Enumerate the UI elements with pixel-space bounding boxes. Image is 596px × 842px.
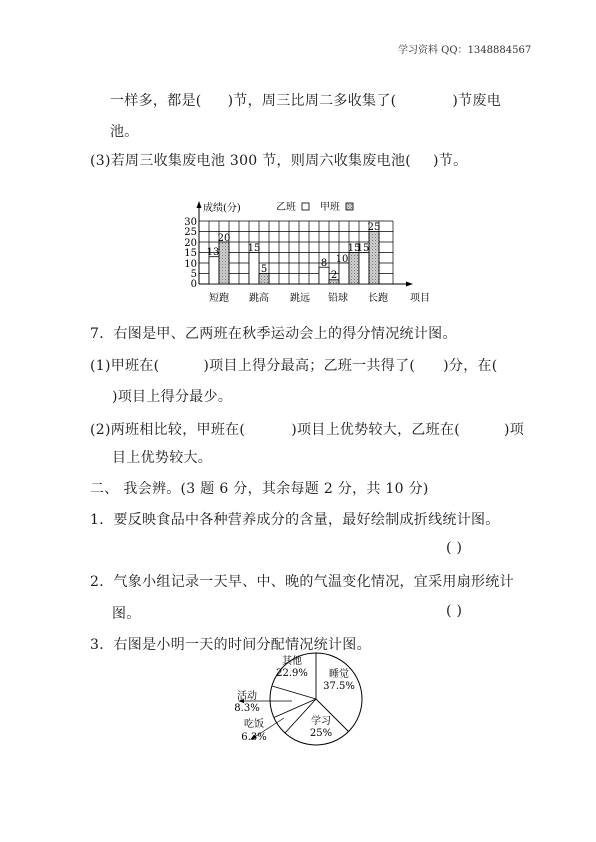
bar-chart-svg: 成绩(分) 乙班 甲班 — [180, 195, 440, 310]
judge-question-2-cont: 图。 — [112, 603, 141, 623]
question-7-2-cont: 目上优势较大。 — [112, 447, 212, 467]
svg-text:15: 15 — [184, 248, 197, 259]
svg-text:5: 5 — [261, 264, 267, 275]
text-fragment: )节，周三比周二多收集了( — [228, 93, 397, 109]
text-fragment: )节废电 — [452, 93, 501, 109]
text-line-1: 一样多，都是()节，周三比周二多收集了()节废电 — [110, 90, 501, 110]
question-7-2: (2)两班相比较，甲班在()项目上优势较大，乙班在()项 — [90, 419, 524, 439]
y-axis-arrow-icon — [197, 201, 202, 208]
svg-text:25: 25 — [184, 227, 197, 238]
svg-text:10: 10 — [336, 254, 349, 265]
svg-text:22.9%: 22.9% — [276, 668, 308, 679]
svg-text:20: 20 — [218, 233, 231, 244]
pie-chart: 睡觉 37.5% 学习 25% 其他 22.9% 活动 8.3% 吃饭 6.3% — [220, 640, 380, 755]
question-3: (3)若周三收集废电池 300 节，则周六收集废电池()节。 — [90, 150, 467, 170]
svg-text:2: 2 — [331, 270, 337, 281]
svg-text:13: 13 — [207, 247, 220, 258]
judge-answer-1[interactable]: ( ) — [446, 540, 462, 556]
legend-label-yi: 乙班 — [276, 200, 296, 213]
svg-text:跳高: 跳高 — [249, 291, 269, 304]
svg-text:学习: 学习 — [311, 714, 331, 727]
question-7: 7．右图是甲、乙两班在秋季运动会上的得分情况统计图。 — [90, 323, 457, 343]
svg-text:6.3%: 6.3% — [241, 732, 266, 743]
text-fragment: (3)若周三收集废电池 300 节，则周六收集废电池( — [90, 153, 411, 169]
judge-question-1: 1．要反映食品中各种营养成分的含量，最好绘制成折线统计图。 — [90, 509, 500, 529]
text-fragment: (1)甲班在( — [90, 358, 159, 374]
svg-text:铅球: 铅球 — [328, 291, 348, 304]
text-fragment: (2)两班相比较，甲班在( — [90, 422, 245, 438]
svg-text:长跑: 长跑 — [368, 291, 388, 304]
question-7-1: (1)甲班在()项目上得分最高；乙班一共得了()分，在( — [90, 355, 498, 375]
x-axis-arrow-icon — [406, 282, 413, 287]
svg-text:25: 25 — [368, 222, 381, 233]
bar-chart: 成绩(分) 乙班 甲班 — [180, 195, 440, 310]
svg-text:15: 15 — [248, 243, 261, 254]
svg-text:15: 15 — [357, 243, 370, 254]
svg-text:8.3%: 8.3% — [234, 703, 259, 714]
svg-text:25%: 25% — [310, 728, 332, 739]
page-header: 学习资料 QQ：1348884567 — [398, 41, 531, 56]
svg-text:8: 8 — [321, 258, 327, 269]
svg-text:37.5%: 37.5% — [323, 681, 355, 692]
svg-text:0: 0 — [191, 279, 197, 290]
y-axis-label: 成绩(分) — [203, 201, 241, 214]
svg-text:睡觉: 睡觉 — [329, 667, 349, 680]
svg-text:活动: 活动 — [237, 689, 257, 702]
judge-question-2: 2．气象小组记录一天早、中、晚的气温变化情况，宜采用扇形统计 — [90, 571, 514, 591]
text-fragment: )项 — [504, 422, 524, 438]
pie-chart-svg: 睡觉 37.5% 学习 25% 其他 22.9% 活动 8.3% 吃饭 6.3% — [220, 640, 380, 755]
x-axis-label: 项目 — [410, 292, 430, 304]
question-7-1-cont: )项目上得分最少。 — [112, 386, 232, 406]
bars — [209, 232, 379, 285]
x-category-labels: 短跑 跳高 跳远 铅球 长跑 项目 — [209, 291, 430, 304]
legend-swatch-yi — [302, 203, 309, 210]
text-line-2: 池。 — [110, 121, 139, 141]
text-fragment: )节。 — [433, 153, 467, 169]
text-fragment: )项目上得分最高；乙班一共得了( — [203, 358, 415, 374]
judge-answer-2[interactable]: ( ) — [446, 603, 462, 619]
svg-text:吃饭: 吃饭 — [244, 717, 264, 730]
text-fragment: 一样多，都是( — [110, 93, 202, 109]
svg-text:跳远: 跳远 — [290, 291, 310, 304]
text-fragment: )分，在( — [443, 358, 497, 374]
svg-text:短跑: 短跑 — [209, 291, 229, 304]
legend-swatch-jia — [346, 203, 353, 210]
y-tick-labels: 30 25 20 15 10 5 0 — [184, 217, 197, 290]
svg-text:其他: 其他 — [282, 654, 302, 667]
section-2-heading: 二、 我会辨。(3 题 6 分，其余每题 2 分，共 10 分) — [90, 478, 429, 498]
legend-label-jia: 甲班 — [320, 200, 340, 213]
text-fragment: )项目上优势较大，乙班在( — [291, 422, 460, 438]
